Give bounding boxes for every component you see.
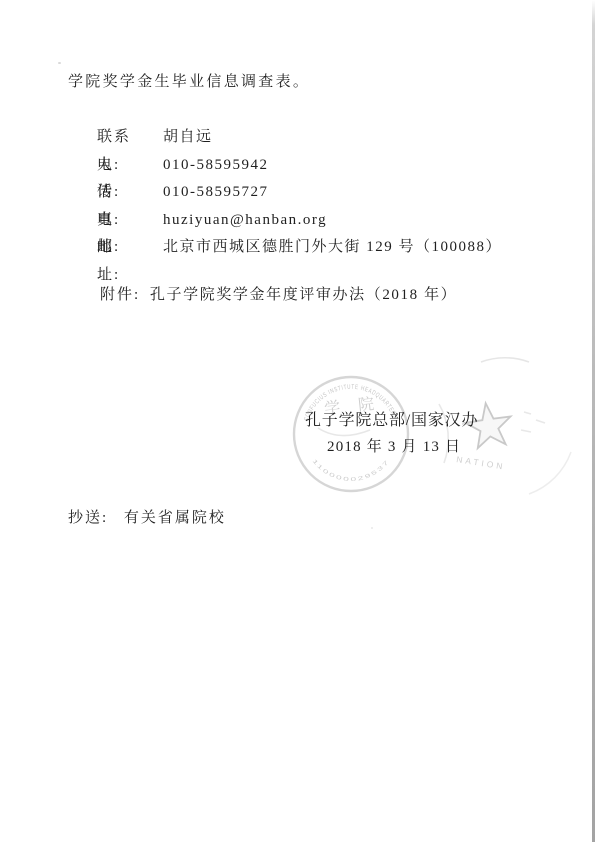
left-seal-serial-number: 110000029537 xyxy=(311,458,391,483)
right-seal-arc-bottom-right xyxy=(529,452,571,494)
intro-line: 学院奖学金生毕业信息调查表。 xyxy=(68,72,310,92)
contact-label: 传 真: xyxy=(97,179,153,207)
right-seal-smudge-2 xyxy=(521,412,545,432)
signature-date: 2018 年 3 月 13 日 xyxy=(327,437,461,457)
attachment-label: 附件: xyxy=(100,287,140,303)
contact-label: 联系人: xyxy=(97,124,153,152)
contact-row-person: 联系人: 胡自远 xyxy=(97,124,502,152)
contact-value: 010-58595727 xyxy=(163,179,269,207)
cc-value: 有关省属院校 xyxy=(124,510,226,526)
attachment-value: 孔子学院奖学金年度评审办法（2018 年） xyxy=(150,287,457,303)
contact-value: 北京市西城区德胜门外大街 129 号（100088） xyxy=(163,234,502,262)
contact-value: 胡自远 xyxy=(163,124,213,152)
left-seal: CONFUCIUS INSTITUTE HEADQUARTERS 1100000… xyxy=(294,377,408,491)
document-page: CONFUCIUS INSTITUTE HEADQUARTERS 1100000… xyxy=(0,0,596,842)
contact-row-fax: 传 真: 010-58595727 xyxy=(97,179,502,207)
contact-row-address: 地 址: 北京市西城区德胜门外大街 129 号（100088） xyxy=(97,234,502,262)
contact-label: 电 邮: xyxy=(97,207,153,235)
signature-organization: 孔子学院总部/国家汉办 xyxy=(305,410,478,432)
cc-line: 抄送: 有关省属院校 xyxy=(68,508,226,528)
contact-block: 联系人: 胡自远 电 话: 010-58595942 传 真: 010-5859… xyxy=(97,124,502,262)
contact-row-email: 电 邮: huziyuan@hanban.org xyxy=(97,207,502,235)
left-seal-ring xyxy=(294,377,408,491)
attachment-line: 附件: 孔子学院奖学金年度评审办法（2018 年） xyxy=(100,285,457,305)
contact-label: 地 址: xyxy=(97,234,153,262)
right-seal-bottom-text: NATION xyxy=(456,454,506,472)
contact-value: 010-58595942 xyxy=(163,152,269,180)
right-seal-arc-top xyxy=(481,358,529,362)
scan-speck xyxy=(58,62,61,64)
cc-label: 抄送: xyxy=(68,510,108,526)
contact-row-phone: 电 话: 010-58595942 xyxy=(97,152,502,180)
scan-edge-line xyxy=(592,0,595,842)
contact-label: 电 话: xyxy=(97,152,153,180)
scan-speck xyxy=(371,527,373,529)
contact-value: huziyuan@hanban.org xyxy=(163,207,327,235)
